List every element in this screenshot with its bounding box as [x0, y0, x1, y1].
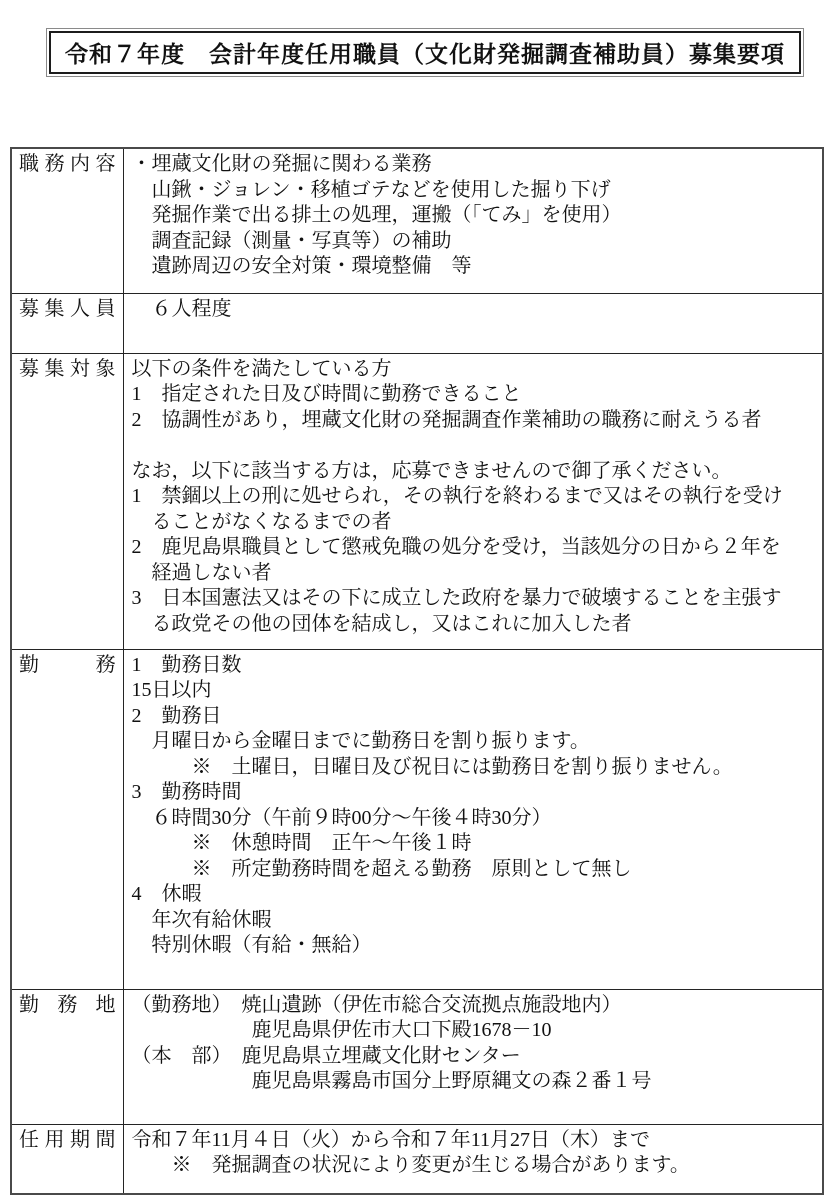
row-label-employment-period: 任用期間: [19, 1128, 116, 1154]
table-row-eligibility: 募集対象 以下の条件を満たしている方 1 指定された日及び時間に勤務できること …: [11, 353, 823, 649]
recruitment-table: 職務内容 ・埋蔵文化財の発掘に関わる業務 山鍬・ジョレン・移植ゴテなどを使用した…: [10, 147, 824, 1195]
table-row-job-duties: 職務内容 ・埋蔵文化財の発掘に関わる業務 山鍬・ジョレン・移植ゴテなどを使用した…: [11, 148, 823, 293]
row-label-eligibility: 募集対象: [19, 357, 116, 383]
row-content-employment-period: 令和７年11月４日（火）から令和７年11月27日（木）まで ※ 発掘調査の状況に…: [123, 1124, 823, 1194]
table-row-work-conditions: 勤務 1 勤務日数 15日以内 2 勤務日 月曜日から金曜日までに勤務日を割り振…: [11, 649, 823, 989]
row-label-work-location: 勤務地: [19, 993, 116, 1019]
row-label-recruit-count: 募集人員: [19, 297, 116, 323]
row-content-job-duties: ・埋蔵文化財の発掘に関わる業務 山鍬・ジョレン・移植ゴテなどを使用した掘り下げ …: [123, 148, 823, 293]
row-label-work-conditions: 勤務: [19, 653, 116, 679]
row-content-work-conditions: 1 勤務日数 15日以内 2 勤務日 月曜日から金曜日までに勤務日を割り振ります…: [123, 649, 823, 989]
document-title: 令和７年度 会計年度任用職員（文化財発掘調査補助員）募集要項: [49, 31, 801, 74]
table-row-recruit-count: 募集人員 ６人程度: [11, 293, 823, 353]
table-row-work-location: 勤務地 （勤務地） 焼山遺跡（伊佐市総合交流拠点施設地内） 鹿児島県伊佐市大口下…: [11, 989, 823, 1124]
row-content-eligibility: 以下の条件を満たしている方 1 指定された日及び時間に勤務できること 2 協調性…: [123, 353, 823, 649]
table-row-employment-period: 任用期間 令和７年11月４日（火）から令和７年11月27日（木）まで ※ 発掘調…: [11, 1124, 823, 1194]
row-content-work-location: （勤務地） 焼山遺跡（伊佐市総合交流拠点施設地内） 鹿児島県伊佐市大口下殿167…: [123, 989, 823, 1124]
row-label-job-duties: 職務内容: [19, 152, 116, 178]
title-box: 令和７年度 会計年度任用職員（文化財発掘調査補助員）募集要項: [46, 28, 804, 77]
row-content-recruit-count: ６人程度: [123, 293, 823, 353]
